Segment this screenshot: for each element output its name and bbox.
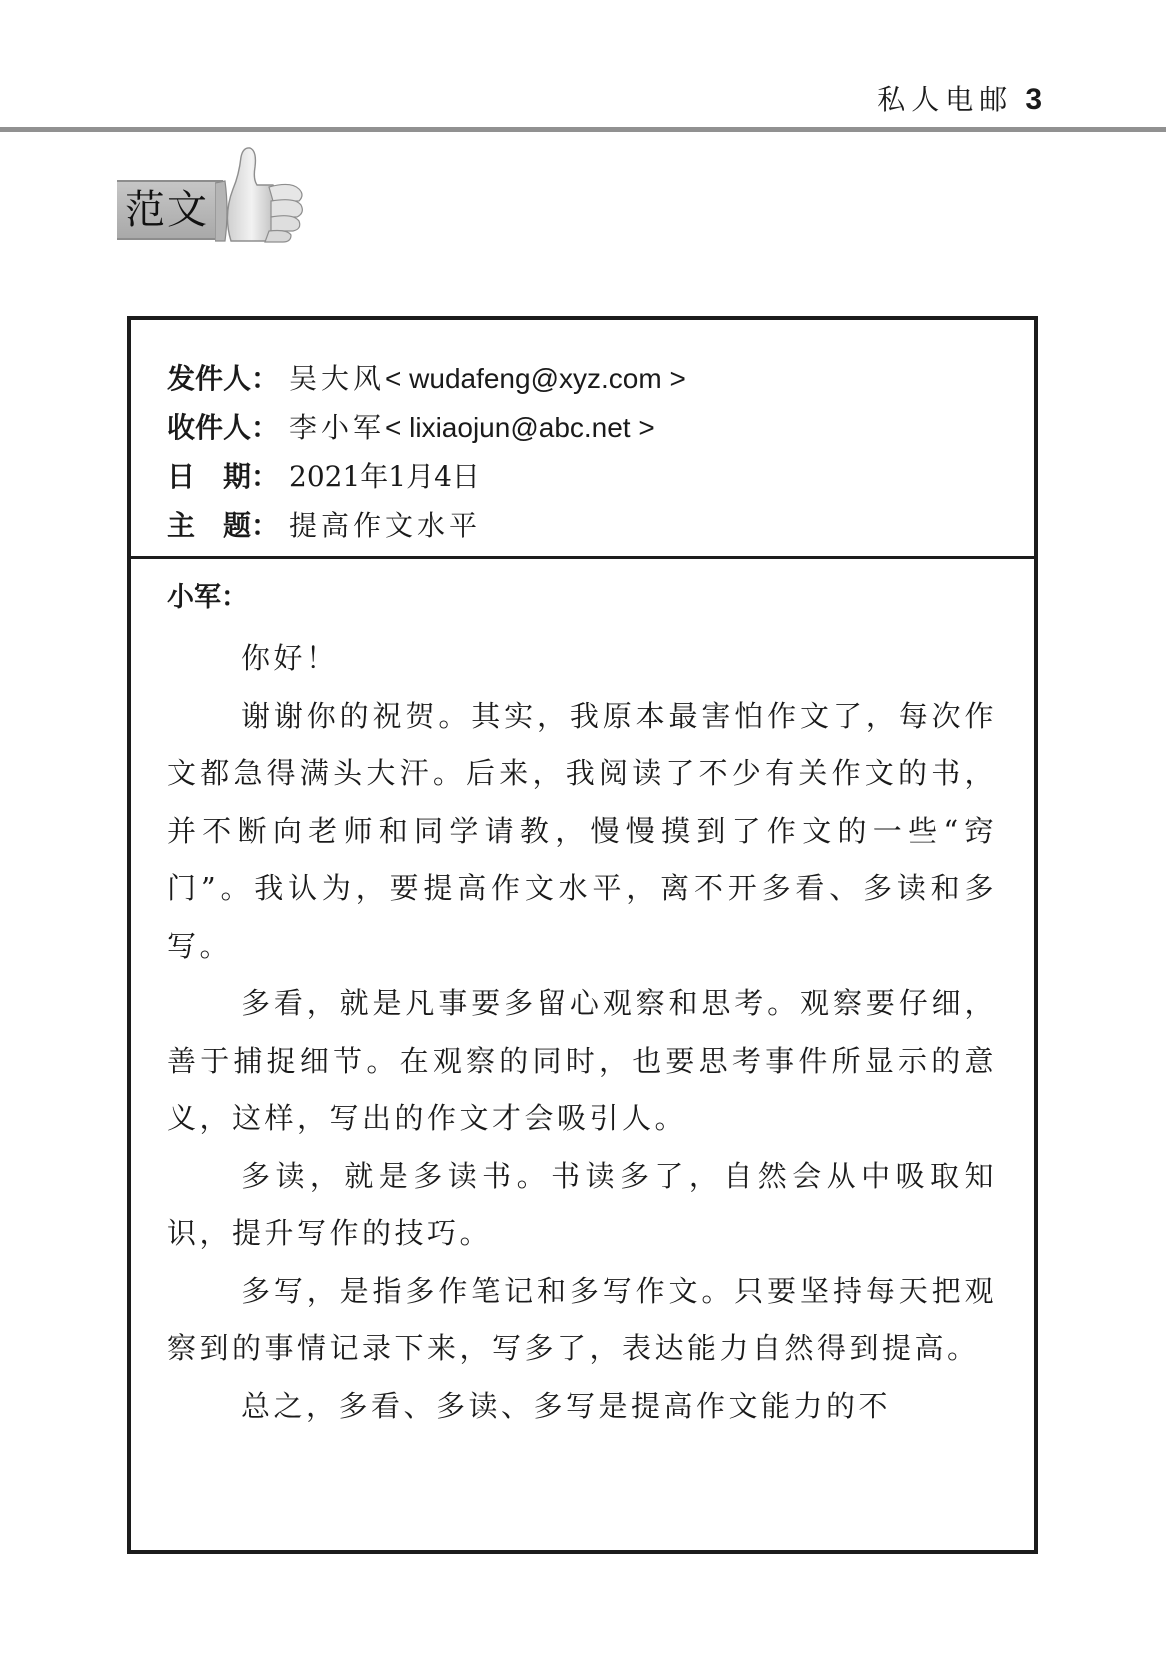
salutation: 小军：	[167, 570, 997, 626]
date-row: 日 期：2021年1月4日	[167, 452, 686, 501]
header-rule	[0, 127, 1166, 132]
body-paragraph: 多写，是指多作笔记和多写作文。只要坚持每天把观察到的事情记录下来，写多了，表达能…	[167, 1263, 997, 1378]
model-essay-badge: 范文	[117, 145, 307, 245]
badge-plate: 范文	[117, 180, 223, 240]
section-title: 私人电邮	[877, 83, 1013, 116]
sender-address: < wudafeng@xyz.com >	[385, 363, 686, 394]
email-box: 发件人：吴大风< wudafeng@xyz.com > 收件人：李小军< lix…	[127, 316, 1038, 1554]
recipient-address: < lixiaojun@abc.net >	[385, 412, 655, 443]
email-header: 发件人：吴大风< wudafeng@xyz.com > 收件人：李小军< lix…	[167, 354, 686, 550]
date-label: 日 期：	[167, 452, 289, 501]
recipient-label: 收件人：	[167, 403, 289, 452]
subject-label: 主 题：	[167, 501, 289, 550]
body-paragraph: 总之，多看、多读、多写是提高作文能力的不	[167, 1378, 997, 1436]
email-body: 小军： 你好！ 谢谢你的祝贺。其实，我原本最害怕作文了，每次作文都急得满头大汗。…	[167, 570, 997, 1435]
date-value: 2021年1月4日	[289, 460, 480, 493]
greeting: 你好！	[167, 630, 997, 688]
sender-label: 发件人：	[167, 354, 289, 403]
sender-name: 吴大风	[289, 362, 385, 395]
subject-row: 主 题：提高作文水平	[167, 501, 686, 550]
body-paragraph: 多读，就是多读书。书读多了，自然会从中吸取知识，提升写作的技巧。	[167, 1148, 997, 1263]
subject-value: 提高作文水平	[289, 509, 481, 542]
recipient-row: 收件人：李小军< lixiaojun@abc.net >	[167, 403, 686, 452]
body-paragraph: 谢谢你的祝贺。其实，我原本最害怕作文了，每次作文都急得满头大汗。后来，我阅读了不…	[167, 688, 997, 976]
recipient-name: 李小军	[289, 411, 385, 444]
header-body-divider	[131, 556, 1034, 559]
thumbs-up-icon	[215, 145, 307, 245]
page-number: 3	[1025, 83, 1042, 116]
sender-row: 发件人：吴大风< wudafeng@xyz.com >	[167, 354, 686, 403]
running-head: 私人电邮3	[877, 80, 1042, 120]
badge-label: 范文	[125, 186, 209, 234]
body-paragraph: 多看，就是凡事要多留心观察和思考。观察要仔细，善于捕捉细节。在观察的同时，也要思…	[167, 975, 997, 1148]
